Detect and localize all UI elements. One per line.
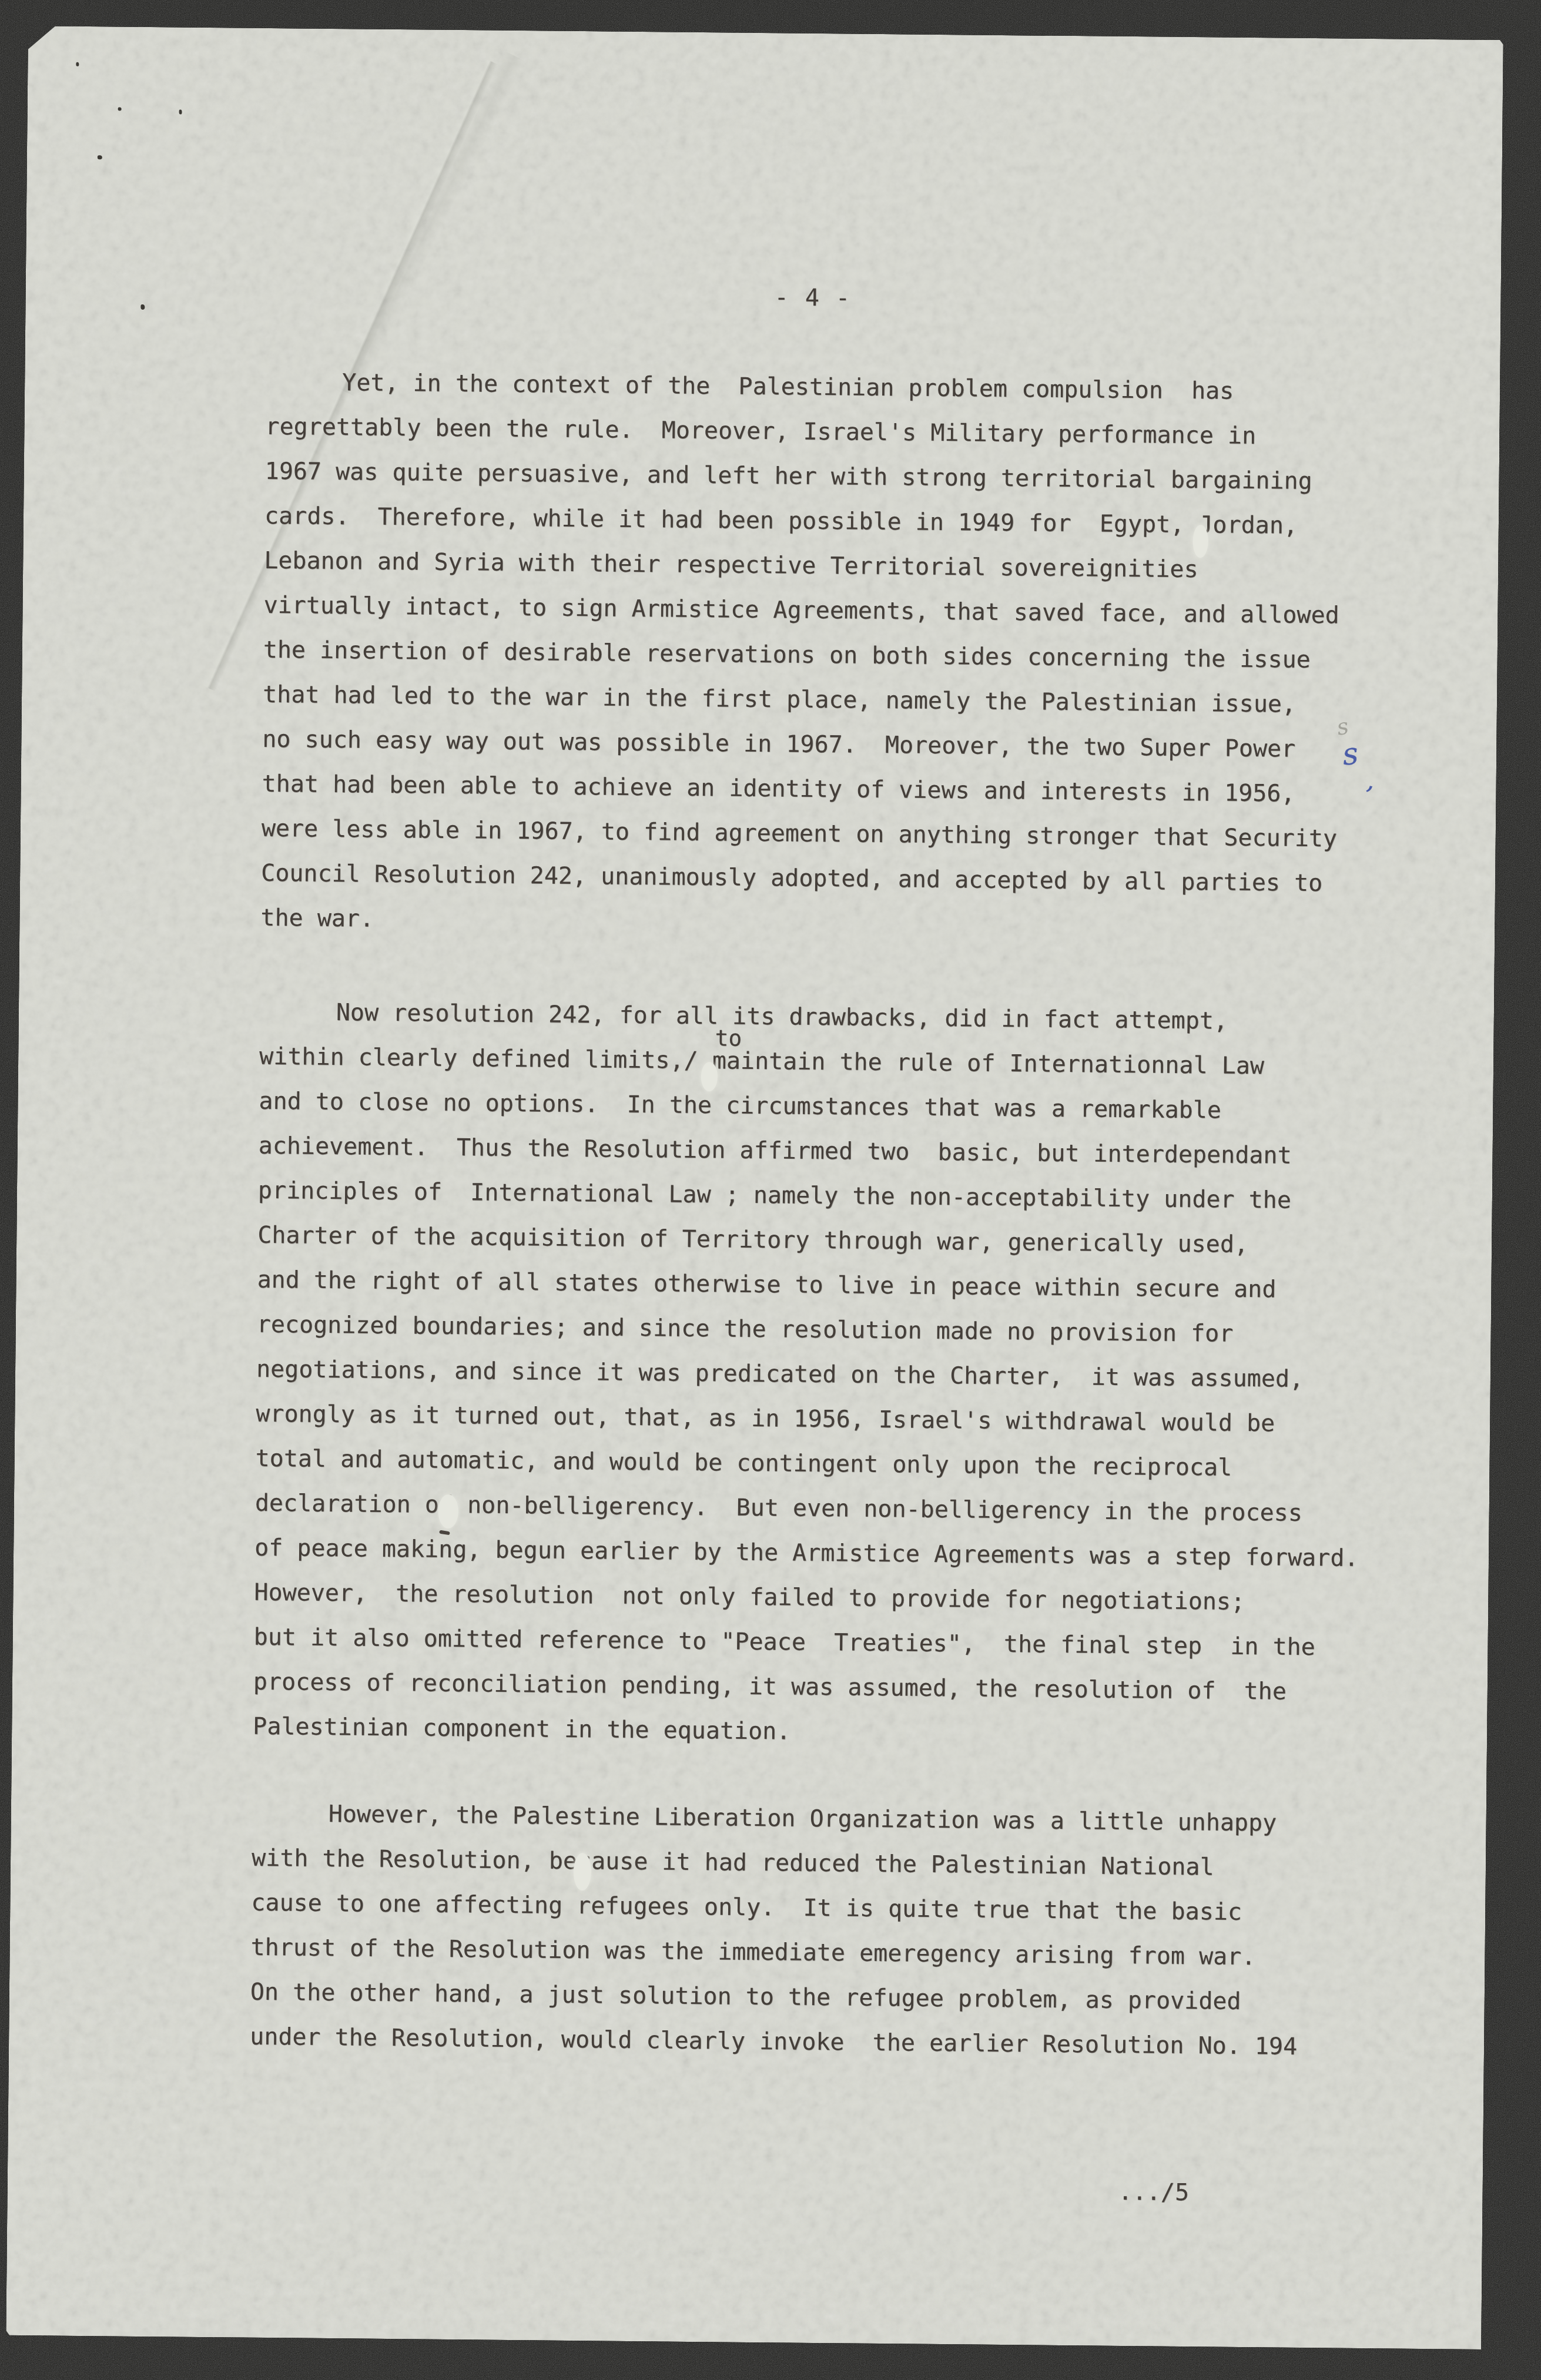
paper-sheet: - 4 - Yet, in the context of the Palesti… bbox=[6, 26, 1503, 2349]
paper-speck bbox=[98, 155, 102, 159]
paper-crease bbox=[336, 51, 525, 397]
paragraph-1: Yet, in the context of the Palestinian p… bbox=[260, 360, 1447, 951]
paper-speck bbox=[118, 107, 122, 110]
paper-speck bbox=[76, 62, 79, 66]
paper-speck bbox=[140, 304, 145, 310]
scanned-document-screenshot: - 4 - Yet, in the context of the Palesti… bbox=[0, 0, 1541, 2380]
continuation-mark: .../5 bbox=[1118, 2180, 1190, 2204]
paragraph-3: However, the Palestine Liberation Organi… bbox=[250, 1791, 1433, 2070]
blue-ink-correction-s: s bbox=[1341, 739, 1360, 770]
typed-insertion-to: to bbox=[715, 1027, 742, 1049]
paper-speck bbox=[179, 109, 182, 114]
page-number: - 4 - bbox=[774, 286, 851, 310]
paragraph-2: Now resolution 242, for all its drawback… bbox=[253, 990, 1441, 1760]
